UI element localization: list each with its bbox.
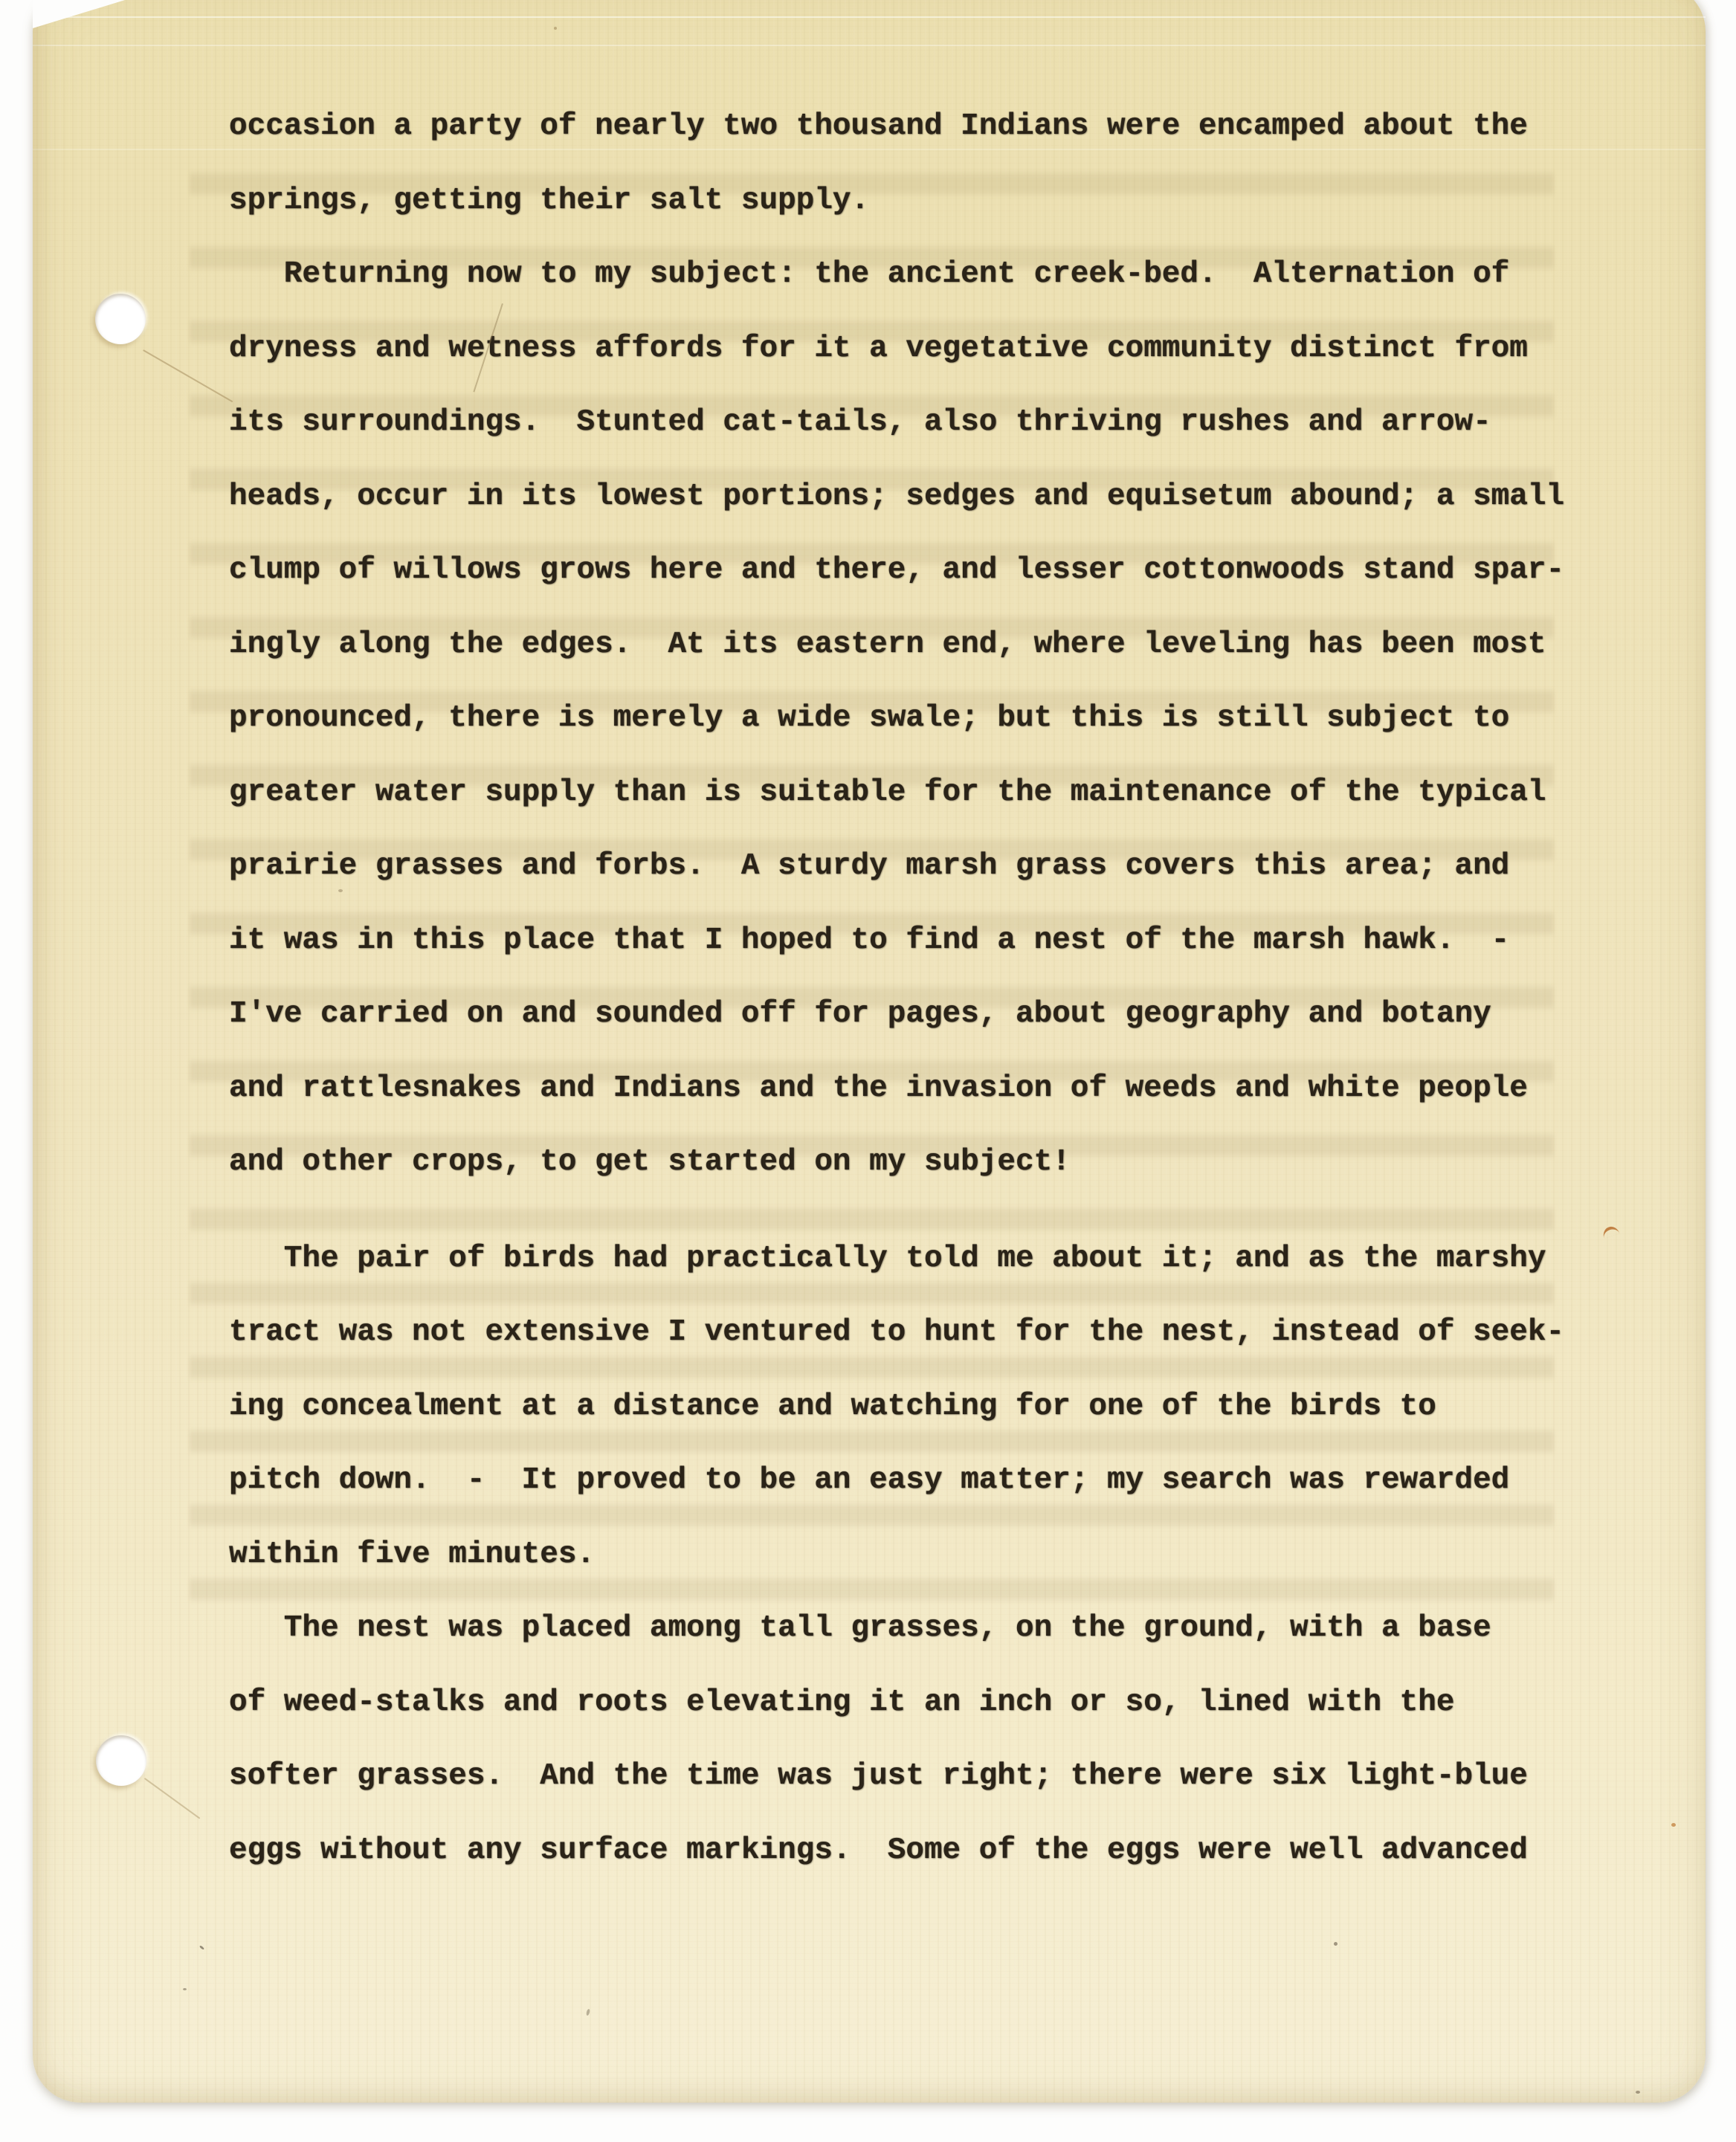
- punch-hole-top: [95, 294, 146, 344]
- text-line: tract was not extensive I ventured to hu…: [229, 1296, 1564, 1370]
- text-line: and other crops, to get started on my su…: [229, 1126, 1564, 1200]
- text-line: clump of willows grows here and there, a…: [229, 534, 1564, 608]
- text-line: within five minutes.: [229, 1518, 1564, 1593]
- text-line: I've carried on and sounded off for page…: [229, 978, 1564, 1052]
- typewritten-text: occasion a party of nearly two thousand …: [229, 90, 1564, 1888]
- text-line: greater water supply than is suitable fo…: [229, 756, 1564, 830]
- text-line: ingly along the edges. At its eastern en…: [229, 608, 1564, 683]
- text-line: of weed-stalks and roots elevating it an…: [229, 1666, 1564, 1741]
- text-line: springs, getting their salt supply.: [229, 164, 1564, 239]
- text-line: pronounced, there is merely a wide swale…: [229, 682, 1564, 756]
- text-line: eggs without any surface markings. Some …: [229, 1814, 1564, 1888]
- text-line: it was in this place that I hoped to fin…: [229, 904, 1564, 978]
- text-line: The nest was placed among tall grasses, …: [229, 1592, 1564, 1666]
- punch-hole-bottom: [96, 1735, 146, 1786]
- text-line: and rattlesnakes and Indians and the inv…: [229, 1052, 1564, 1126]
- text-line: The pair of birds had practically told m…: [229, 1222, 1564, 1297]
- text-line: dryness and wetness affords for it a veg…: [229, 312, 1564, 387]
- text-line: occasion a party of nearly two thousand …: [229, 90, 1564, 164]
- scan-line: [33, 16, 1706, 18]
- text-line: Returning now to my subject: the ancient…: [229, 238, 1564, 312]
- text-line: prairie grasses and forbs. A sturdy mars…: [229, 830, 1564, 904]
- text-line: pitch down. - It proved to be an easy ma…: [229, 1444, 1564, 1518]
- scan-line: [33, 45, 1706, 46]
- text-line: its surroundings. Stunted cat-tails, als…: [229, 386, 1564, 460]
- text-line: ing concealment at a distance and watchi…: [229, 1370, 1564, 1445]
- text-line: softer grasses. And the time was just ri…: [229, 1740, 1564, 1814]
- text-line: heads, occur in its lowest portions; sed…: [229, 460, 1564, 535]
